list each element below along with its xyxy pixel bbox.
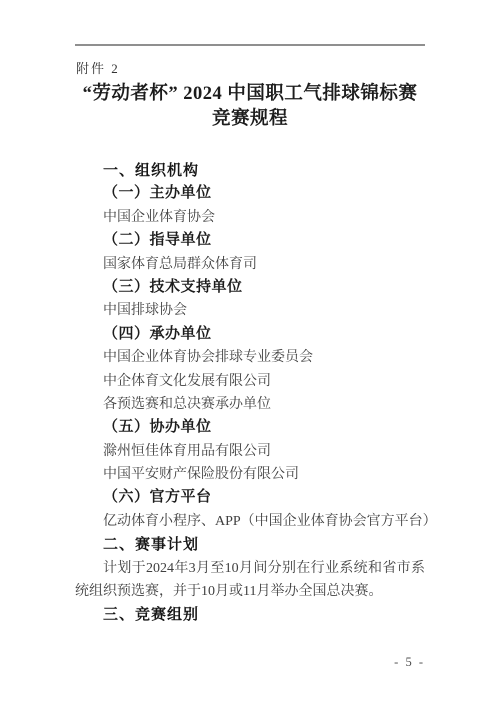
section-heading-3: 三、竞赛组别 (75, 603, 425, 626)
document-body: 一、组织机构 （一）主办单位 中国企业体育协会 （二）指导单位 国家体育总局群众… (75, 159, 425, 627)
body-line-coorganizer-1: 滁州恒佳体育用品有限公司 (75, 440, 425, 463)
sub-heading-1-6: （六）官方平台 (75, 486, 425, 509)
document-page: 附件 2 “劳动者杯” 2024 中国职工气排球锦标赛 竞赛规程 一、组织机构 … (0, 0, 500, 706)
body-line-organizer-2: 中企体育文化发展有限公司 (75, 370, 425, 393)
body-paragraph-schedule: 计划于2024年3月至10月间分别在行业系统和省市系统组织预选赛，并于10月或1… (75, 557, 425, 604)
sub-heading-1-1: （一）主办单位 (75, 182, 425, 205)
sub-heading-1-3: （三）技术支持单位 (75, 276, 425, 299)
body-line-coorganizer-2: 中国平安财产保险股份有限公司 (75, 463, 425, 486)
body-line-organizer-1: 中国企业体育协会排球专业委员会 (75, 346, 425, 369)
body-line-organizer-3: 各预选赛和总决赛承办单位 (75, 393, 425, 416)
title-line-1: “劳动者杯” 2024 中国职工气排球锦标赛 (75, 82, 425, 107)
attachment-label: 附件 2 (76, 62, 120, 76)
body-line-platform: 亿动体育小程序、APP（中国企业体育协会官方平台） (75, 510, 425, 533)
title-line-2: 竞赛规程 (75, 107, 425, 132)
body-line-guide-unit: 国家体育总局群众体育司 (75, 253, 425, 276)
header-rule (75, 44, 425, 46)
sub-heading-1-2: （二）指导单位 (75, 229, 425, 252)
sub-heading-1-4: （四）承办单位 (75, 323, 425, 346)
document-title: “劳动者杯” 2024 中国职工气排球锦标赛 竞赛规程 (75, 82, 425, 132)
sub-heading-1-5: （五）协办单位 (75, 416, 425, 439)
body-line-tech-unit: 中国排球协会 (75, 299, 425, 322)
section-heading-2: 二、赛事计划 (75, 533, 425, 556)
body-line-host-unit: 中国企业体育协会 (75, 206, 425, 229)
page-number: - 5 - (75, 655, 425, 669)
section-heading-1: 一、组织机构 (75, 159, 425, 182)
